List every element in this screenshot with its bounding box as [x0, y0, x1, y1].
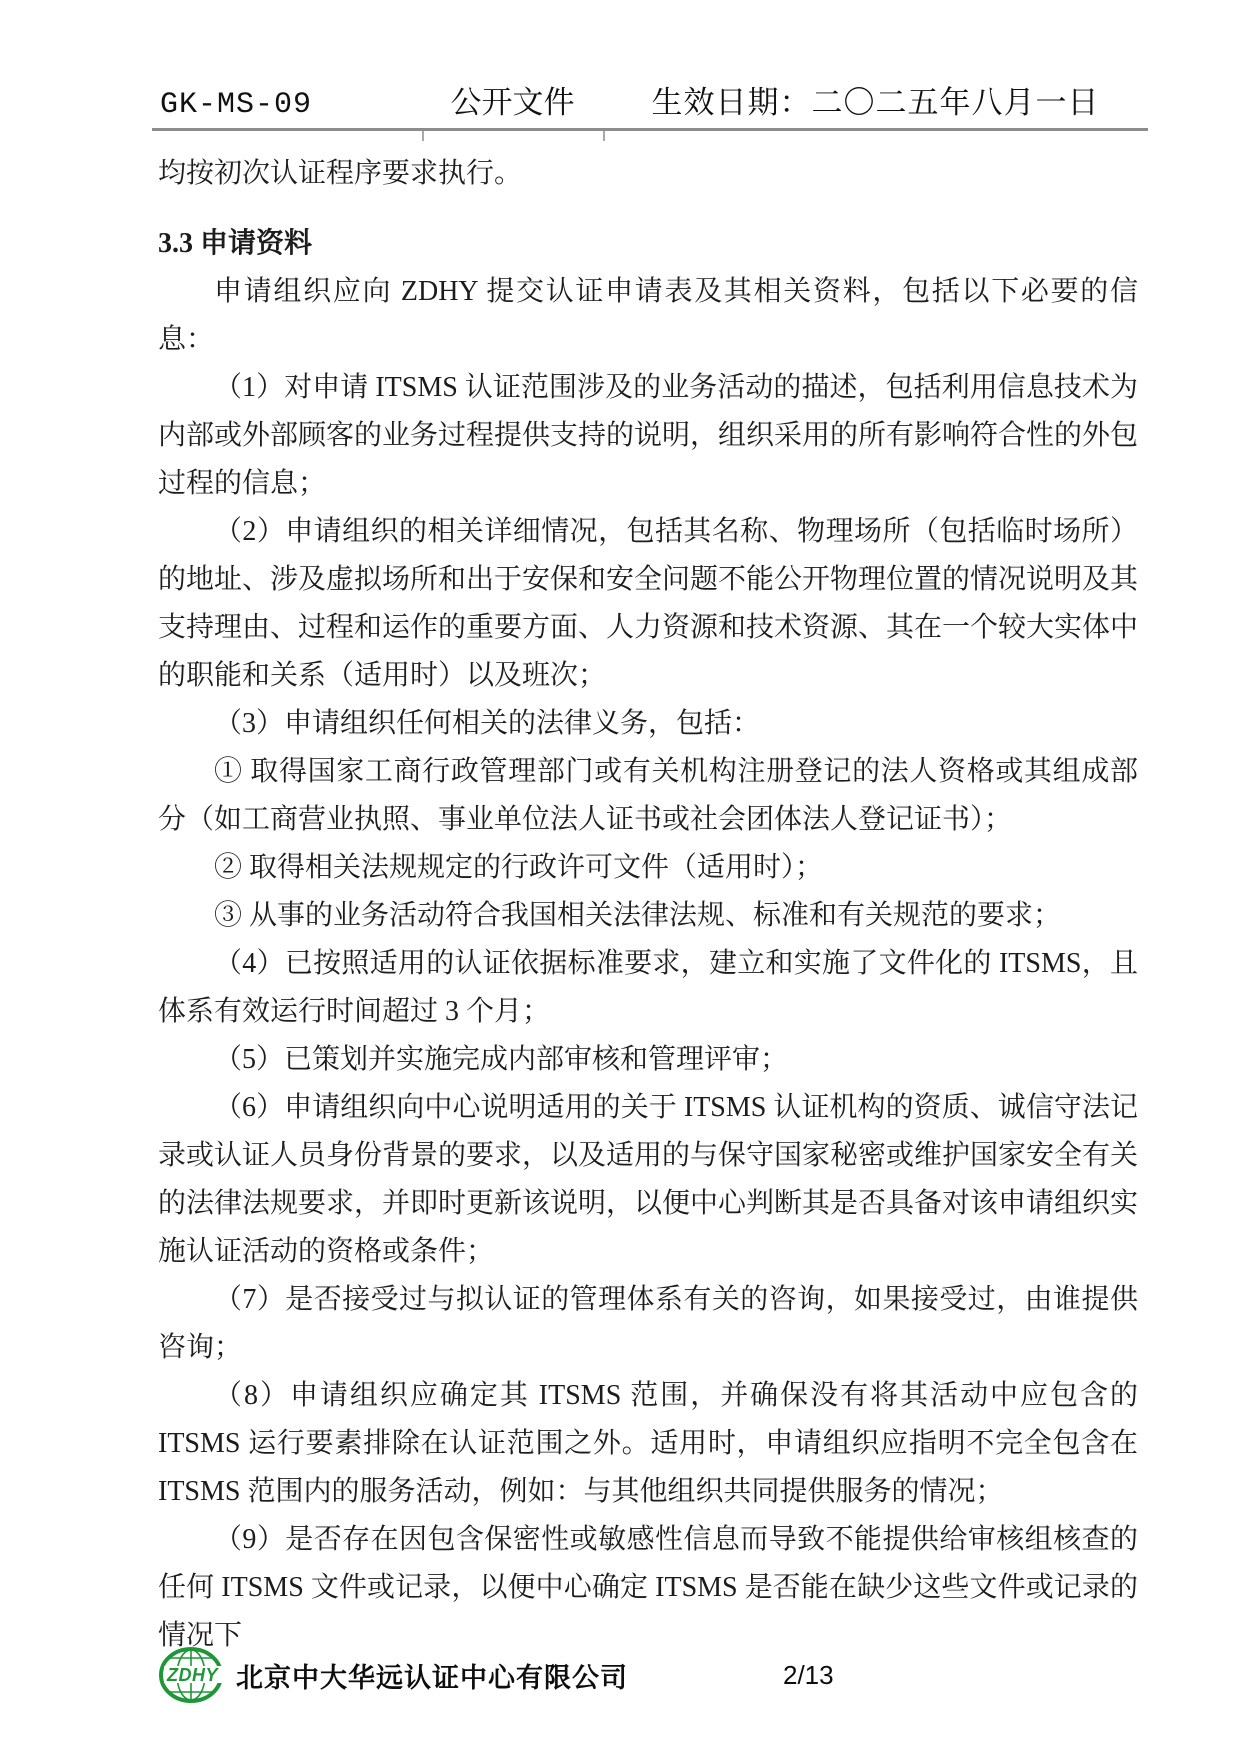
doc-type: 公开文件 — [422, 77, 603, 122]
header-divider-tick — [422, 131, 424, 141]
page-number: 2/13 — [783, 1660, 834, 1691]
body-paragraph: （3）申请组织任何相关的法律义务，包括： — [158, 700, 1138, 748]
body-paragraph: （2）申请组织的相关详细情况，包括其名称、物理场所（包括临时场所）的地址、涉及虚… — [158, 508, 1138, 700]
body-paragraph: ② 取得相关法规规定的行政许可文件（适用时）； — [158, 844, 1138, 892]
paragraph-list: 申请组织应向 ZDHY 提交认证申请表及其相关资料，包括以下必要的信息：（1）对… — [158, 268, 1138, 1660]
body-paragraph: ③ 从事的业务活动符合我国相关法律法规、标准和有关规范的要求； — [158, 892, 1138, 940]
body-paragraph: 申请组织应向 ZDHY 提交认证申请表及其相关资料，包括以下必要的信息： — [158, 268, 1138, 364]
body-intro-line: 均按初次认证程序要求执行。 — [158, 150, 1138, 198]
effective-date: 生效日期：二〇二五年八月一日 — [603, 77, 1148, 122]
globe-logo-icon: ZDHY — [158, 1646, 226, 1704]
body-paragraph: （4）已按照适用的认证依据标准要求，建立和实施了文件化的 ITSMS，且体系有效… — [158, 940, 1138, 1036]
header-row: GK-MS-09 公开文件 生效日期：二〇二五年八月一日 — [152, 72, 1148, 122]
header-divider-tick — [603, 131, 605, 141]
page-footer: ZDHY 北京中大华远认证中心有限公司 2/13 — [158, 1646, 1138, 1704]
company-name: 北京中大华远认证中心有限公司 — [236, 1656, 628, 1695]
body-paragraph: （6）申请组织向中心说明适用的关于 ITSMS 认证机构的资质、诚信守法记录或认… — [158, 1084, 1138, 1276]
body-paragraph: （8）申请组织应确定其 ITSMS 范围，并确保没有将其活动中应包含的 ITSM… — [158, 1372, 1138, 1516]
body-paragraph: （7）是否接受过与拟认证的管理体系有关的咨询，如果接受过，由谁提供咨询； — [158, 1276, 1138, 1372]
body-paragraph: （9）是否存在因包含保密性或敏感性信息而导致不能提供给审核组核查的任何 ITSM… — [158, 1516, 1138, 1660]
logo-text: ZDHY — [166, 1665, 219, 1685]
document-page: GK-MS-09 公开文件 生效日期：二〇二五年八月一日 均按初次认证程序要求执… — [0, 0, 1240, 1754]
header-rule — [152, 128, 1148, 131]
body-paragraph: （5）已策划并实施完成内部审核和管理评审； — [158, 1036, 1138, 1084]
body-paragraph: （1）对申请 ITSMS 认证范围涉及的业务活动的描述，包括利用信息技术为内部或… — [158, 364, 1138, 508]
zdhy-logo: ZDHY — [158, 1646, 226, 1704]
page-header: GK-MS-09 公开文件 生效日期：二〇二五年八月一日 — [152, 72, 1148, 131]
body-paragraph: ① 取得国家工商行政管理部门或有关机构注册登记的法人资格或其组成部分（如工商营业… — [158, 748, 1138, 844]
doc-code: GK-MS-09 — [152, 88, 422, 122]
document-body: 均按初次认证程序要求执行。 3.3 申请资料 申请组织应向 ZDHY 提交认证申… — [158, 150, 1138, 1660]
section-heading: 3.3 申请资料 — [158, 220, 1138, 268]
